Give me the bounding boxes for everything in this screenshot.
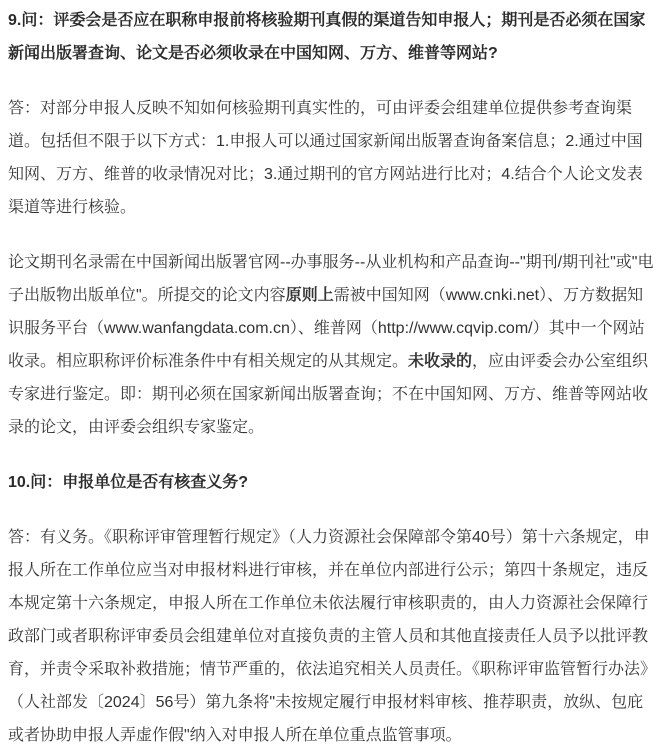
page: { "colors": { "background": "#ffffff", "… [0, 0, 672, 752]
question-9-answer-paragraph-1: 答：对部分申报人反映不知如何核验期刊真实性的，可由评委会组建单位提供参考查询渠道… [8, 92, 658, 224]
question-10-heading: 10.问：申报单位是否有核查义务? [8, 466, 658, 499]
answer2-bold-run-2: 未收录的 [408, 353, 472, 370]
answer2-bold-run-1: 原则上 [286, 287, 334, 304]
question-9-answer-paragraph-2: 论文期刊名录需在中国新闻出版署官网--办事服务--从业机构和产品查询--"期刊/… [8, 246, 658, 444]
faq-article: 9.问：评委会是否应在职称申报前将核验期刊真假的渠道告知申报人；期刊是否必须在国… [0, 0, 672, 752]
question-9-heading: 9.问：评委会是否应在职称申报前将核验期刊真假的渠道告知申报人；期刊是否必须在国… [8, 4, 658, 70]
question-10-answer-paragraph: 答：有义务。《职称评审管理暂行规定》（人力资源社会保障部令第40号）第十六条规定… [8, 521, 658, 752]
